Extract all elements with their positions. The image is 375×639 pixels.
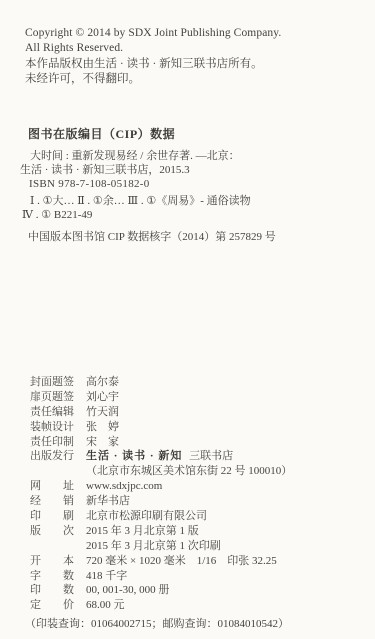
- colophon-row-print-supervisor: 责任印制 宋 家: [30, 433, 360, 448]
- colophon-label: 责任印制: [30, 433, 74, 449]
- colophon-row-designer: 装帧设计 张 婷: [30, 418, 360, 433]
- colophon-row-publisher: 出版发行 生活 · 读书 · 新知 三联书店: [30, 447, 360, 462]
- colophon-label: 责任编辑: [30, 403, 74, 419]
- copyright-page: Copyright © 2014 by SDX Joint Publishing…: [0, 0, 375, 639]
- colophon-label: 印数: [30, 581, 74, 597]
- colophon-value: 竹天润: [86, 403, 119, 419]
- colophon-value: 720 毫米 × 1020 毫米 1/16 印张 32.25: [86, 552, 277, 568]
- colophon-value: 宋 家: [86, 433, 119, 449]
- colophon-label: 经销: [30, 492, 74, 508]
- cip-heading: 图书在版编目（CIP）数据: [28, 125, 175, 142]
- publisher-name: 三联书店: [189, 450, 233, 462]
- publisher-script-logo: 生活 · 读书 · 新知: [86, 450, 182, 462]
- colophon-value: 00, 001-30, 000 册: [86, 581, 169, 597]
- colophon-value: （北京市东城区美术馆东街 22 号 100010）: [86, 462, 292, 478]
- copyright-line-cn-1: 本作品版权由生活 · 读书 · 新知三联书店所有。: [25, 57, 281, 72]
- colophon-value: 2015 年 3 月北京第 1 次印刷: [86, 537, 221, 553]
- colophon-value: 北京市松源印刷有限公司: [86, 507, 207, 523]
- colophon-value: 生活 · 读书 · 新知 三联书店: [86, 447, 233, 463]
- cip-record-isbn: ISBN 978-7-108-05182-0: [29, 177, 240, 191]
- cip-registration-number: 中国版本图书馆 CIP 数据核字（2014）第 257829 号: [28, 228, 276, 244]
- colophon-label: 扉页题签: [30, 388, 74, 404]
- cip-record: 大时间 : 重新发现易经 / 余世存著. —北京： 生活 · 读书 · 新知三联…: [20, 149, 240, 192]
- colophon-label: 开本: [30, 552, 74, 568]
- colophon-label: 装帧设计: [30, 418, 74, 434]
- cip-class-line-2: Ⅳ . ① B221-49: [22, 208, 251, 222]
- copyright-notice: Copyright © 2014 by SDX Joint Publishing…: [25, 26, 281, 87]
- colophon-row-printing: 2015 年 3 月北京第 1 次印刷: [30, 537, 360, 552]
- colophon-row-printer: 印刷 北京市松源印刷有限公司: [30, 507, 360, 522]
- colophon-value: 新华书店: [86, 492, 130, 508]
- colophon-label: 版次: [30, 522, 74, 538]
- colophon-label: 封面题签: [30, 373, 74, 389]
- inquiry-phone-line: （印装查询：01064002715；邮购查询：01084010542）: [25, 615, 360, 630]
- colophon-row-price: 定价 68.00 元: [30, 596, 360, 611]
- colophon-value: 418 千字: [86, 567, 127, 583]
- colophon-value: 刘心宇: [86, 388, 119, 404]
- colophon-row-editor: 责任编辑 竹天润: [30, 403, 360, 418]
- copyright-line-en-2: All Rights Reserved.: [25, 41, 281, 56]
- colophon-value: 高尔泰: [86, 373, 119, 389]
- colophon-row-publisher-address: （北京市东城区美术馆东街 22 号 100010）: [30, 462, 360, 477]
- colophon-value: www.sdxjpc.com: [86, 480, 162, 492]
- colophon-row-titlepage-inscription: 扉页题签 刘心宇: [30, 388, 360, 403]
- cip-class-line-1: Ⅰ . ①大… Ⅱ . ①余… Ⅲ . ①《周易》- 通俗读物: [30, 194, 251, 208]
- colophon-value: 2015 年 3 月北京第 1 版: [86, 522, 199, 538]
- colophon-label: 出版发行: [30, 447, 74, 463]
- colophon-row-distributor: 经销 新华书店: [30, 492, 360, 507]
- cip-record-title-line: 大时间 : 重新发现易经 / 余世存著. —北京：: [30, 149, 240, 163]
- copyright-line-cn-2: 未经许可，不得翻印。: [25, 72, 281, 87]
- colophon-row-edition: 版次 2015 年 3 月北京第 1 版: [30, 522, 360, 537]
- cip-record-publisher-line: 生活 · 读书 · 新知三联书店，2015.3: [20, 163, 240, 177]
- copyright-line-en-1: Copyright © 2014 by SDX Joint Publishing…: [25, 26, 281, 41]
- colophon-label: 字数: [30, 567, 74, 583]
- colophon-row-cover-inscription: 封面题签 高尔泰: [30, 373, 360, 388]
- colophon-row-print-run: 印数 00, 001-30, 000 册: [30, 581, 360, 596]
- colophon-row-word-count: 字数 418 千字: [30, 567, 360, 582]
- colophon-value: 张 婷: [86, 418, 119, 434]
- colophon-row-format: 开本 720 毫米 × 1020 毫米 1/16 印张 32.25: [30, 552, 360, 567]
- colophon-label: 网址: [30, 477, 74, 493]
- colophon-value: 68.00 元: [86, 596, 125, 612]
- cip-classification: Ⅰ . ①大… Ⅱ . ①余… Ⅲ . ①《周易》- 通俗读物 Ⅳ . ① B2…: [22, 194, 251, 222]
- colophon-row-website: 网址 www.sdxjpc.com: [30, 477, 360, 492]
- colophon-table: 封面题签 高尔泰 扉页题签 刘心宇 责任编辑 竹天润 装帧设计 张 婷 责任印制…: [30, 373, 360, 630]
- colophon-label: 定价: [30, 596, 74, 612]
- colophon-label: 印刷: [30, 507, 74, 523]
